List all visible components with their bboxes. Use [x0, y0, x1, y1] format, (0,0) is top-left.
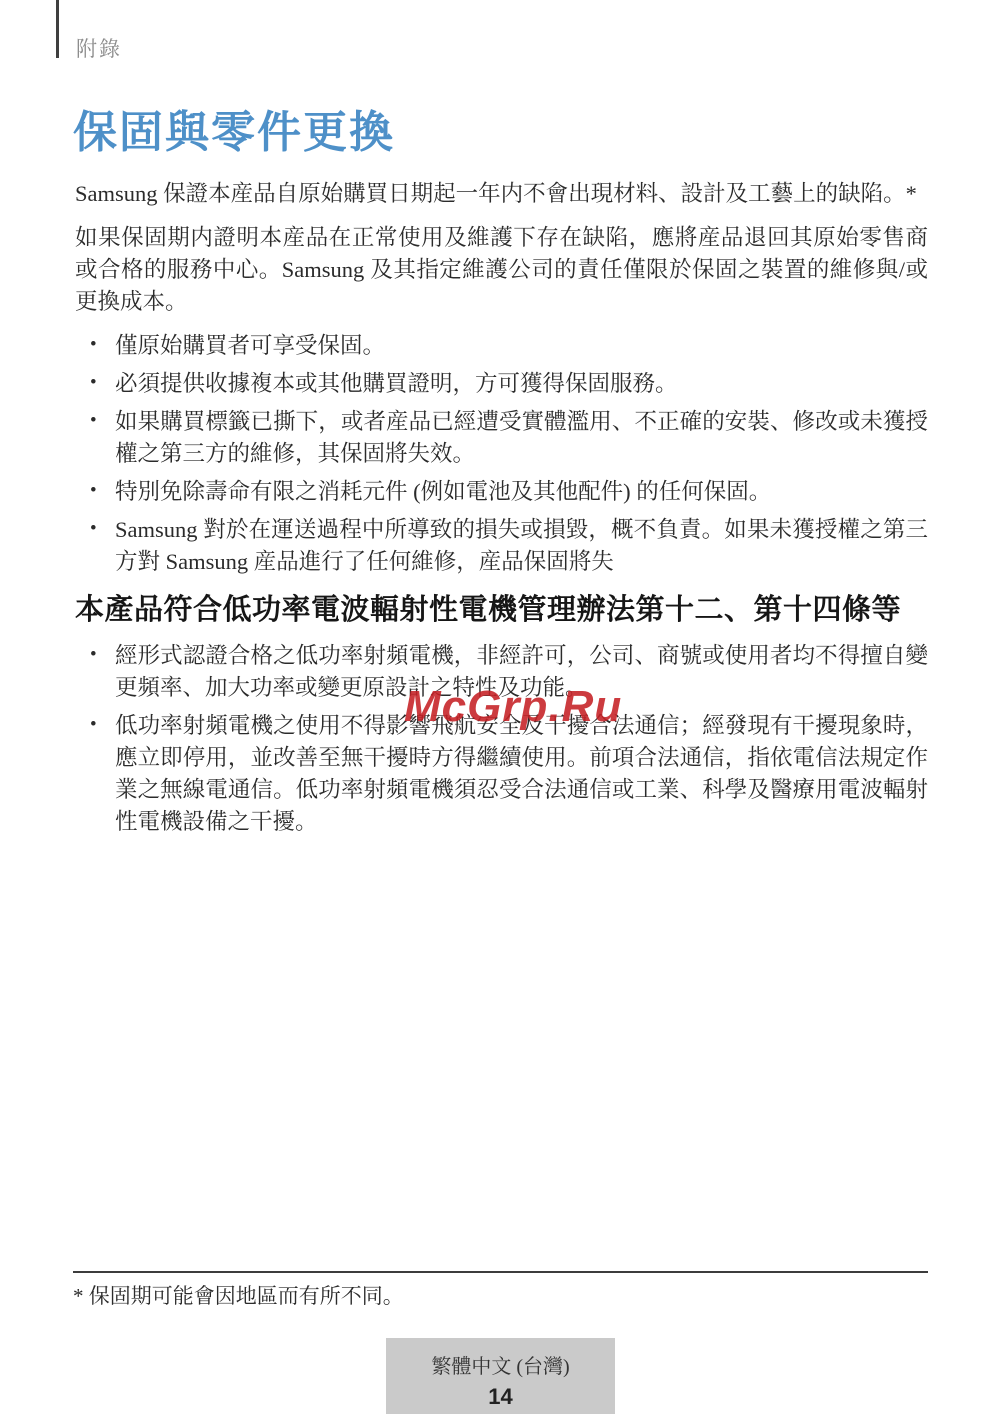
footnote-divider — [73, 1271, 928, 1273]
warranty-bullet-item: Samsung 對於在運送過程中所導致的損失或損毀，概不負責。如果未獲授權之第三… — [75, 514, 928, 578]
intro-paragraph: Samsung 保證本産品自原始購買日期起一年内不會出現材料、設計及工藝上的缺陷… — [75, 178, 928, 210]
warranty-bullet-item: 特別免除壽命有限之消耗元件 (例如電池及其他配件) 的任何保固。 — [75, 476, 928, 508]
page-title: 保固與零件更換 — [73, 108, 395, 158]
regulation-heading: 本產品符合低功率電波輻射性電機管理辦法第十二、第十四條等 — [75, 592, 928, 628]
warranty-bullet-item: 僅原始購買者可享受保固。 — [75, 330, 928, 362]
main-content: Samsung 保證本産品自原始購買日期起一年内不會出現材料、設計及工藝上的缺陷… — [75, 178, 928, 844]
breadcrumb: 附錄 — [76, 33, 122, 63]
watermark: McGrp.Ru — [404, 682, 622, 732]
footnote-section: * 保固期可能會因地區而有所不同。 — [73, 1271, 928, 1310]
regulation-bullet-list: 經形式認證合格之低功率射頻電機，非經許可，公司、商號或使用者均不得擅自變更頻率、… — [75, 640, 928, 838]
page-footer: 繁體中文 (台灣) 14 — [386, 1338, 615, 1414]
footer-language: 繁體中文 (台灣) — [386, 1350, 615, 1379]
page-number: 14 — [386, 1384, 615, 1410]
intro-paragraph: 如果保固期内證明本産品在正常使用及維護下存在缺陷，應將産品退回其原始零售商或合格… — [75, 222, 928, 318]
footnote-text: * 保固期可能會因地區而有所不同。 — [73, 1280, 928, 1310]
header-accent-bar — [56, 0, 59, 58]
warranty-bullet-list: 僅原始購買者可享受保固。 必須提供收據複本或其他購買證明，方可獲得保固服務。 如… — [75, 330, 928, 578]
warranty-bullet-item: 如果購買標籤已撕下，或者産品已經遭受實體濫用、不正確的安裝、修改或未獲授權之第三… — [75, 406, 928, 470]
intro-paragraphs: Samsung 保證本産品自原始購買日期起一年内不會出現材料、設計及工藝上的缺陷… — [75, 178, 928, 318]
warranty-bullet-item: 必須提供收據複本或其他購買證明，方可獲得保固服務。 — [75, 368, 928, 400]
document-page: 附錄 保固與零件更換 Samsung 保證本産品自原始購買日期起一年内不會出現材… — [0, 0, 1000, 1414]
